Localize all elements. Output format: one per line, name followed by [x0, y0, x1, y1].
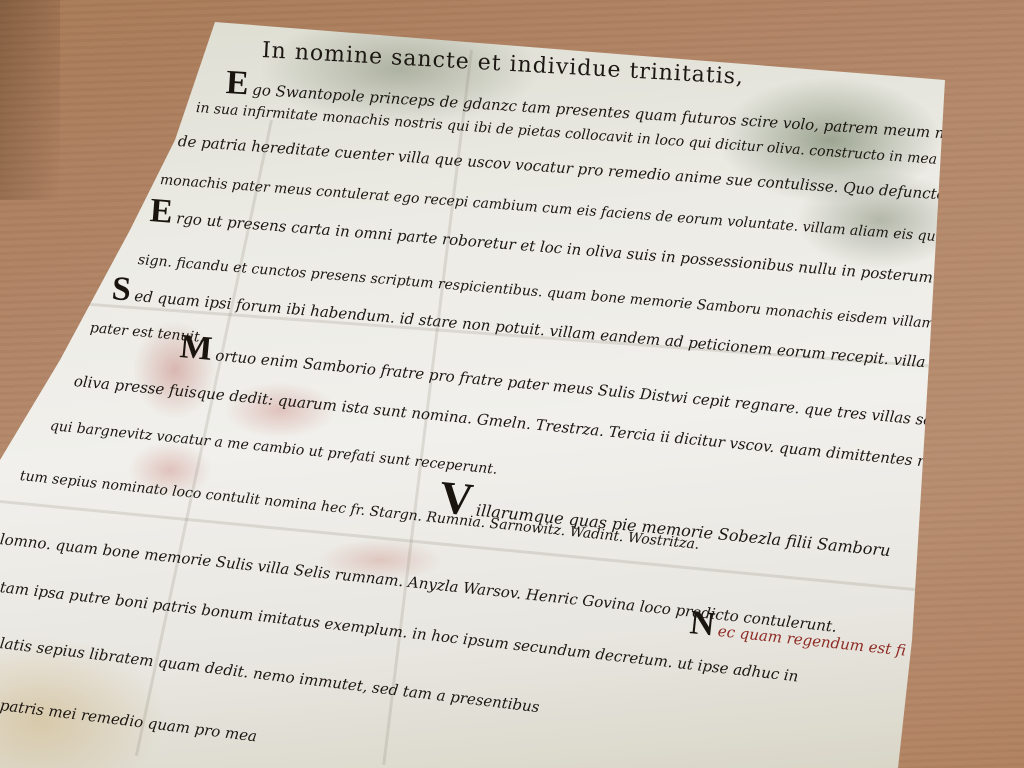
manuscript-line: qui bargnevitz vocatur a me cambio ut pr…: [49, 418, 498, 478]
decorated-initial: S: [110, 270, 132, 308]
cardboard-shadow: [0, 0, 60, 200]
decorated-initial: E: [225, 64, 250, 102]
decorated-initial: E: [149, 192, 175, 231]
manuscript-line: tam ipsa putre boni patris bonum imitatu…: [0, 578, 799, 685]
manuscript-line: patris mei remedio quam pro mea: [0, 696, 258, 745]
decorated-initial: M: [178, 328, 213, 368]
